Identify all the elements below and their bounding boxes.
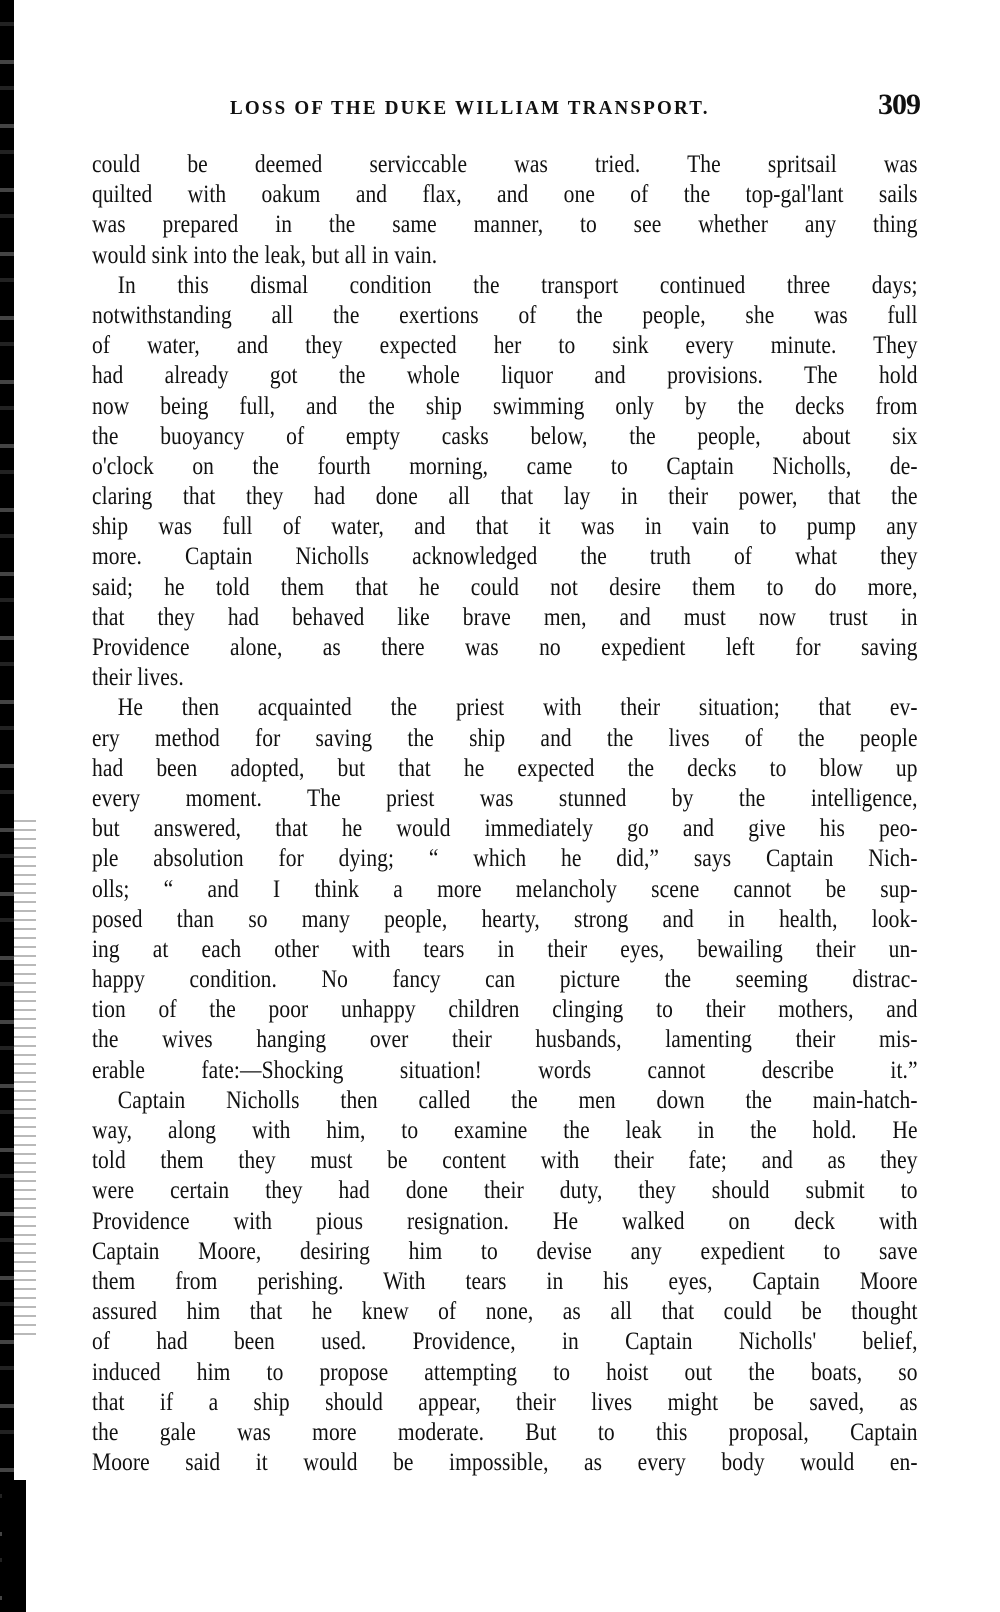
paragraph: could be deemed serviccable was tried. T…	[92, 150, 918, 271]
text-line: of had been used. Providence, in Captain…	[92, 1327, 918, 1357]
paragraph: He then acquainted the priest with their…	[92, 693, 918, 1085]
text-line: but answered, that he would immediately …	[92, 814, 918, 844]
text-line: Captain Nicholls then called the men dow…	[92, 1086, 918, 1116]
text-line: the buoyancy of empty casks below, the p…	[92, 422, 918, 452]
text-line: He then acquainted the priest with their…	[92, 693, 918, 723]
text-line: would sink into the leak, but all in vai…	[92, 241, 918, 271]
text-line: could be deemed serviccable was tried. T…	[92, 150, 918, 180]
text-line: that they had behaved like brave men, an…	[92, 603, 918, 633]
text-line: o'clock on the fourth morning, came to C…	[92, 452, 918, 482]
text-line: ery method for saving the ship and the l…	[92, 724, 918, 754]
text-line: ship was full of water, and that it was …	[92, 512, 918, 542]
text-line: their lives.	[92, 663, 918, 693]
text-line: olls; “ and I think a more melancholy sc…	[92, 875, 918, 905]
text-line: tion of the poor unhappy children clingi…	[92, 995, 918, 1025]
scan-noise	[2, 1480, 26, 1612]
text-line: assured him that he knew of none, as all…	[92, 1297, 918, 1327]
text-line: was prepared in the same manner, to see …	[92, 210, 918, 240]
text-line: Providence with pious resignation. He wa…	[92, 1207, 918, 1237]
paragraph: Captain Nicholls then called the men dow…	[92, 1086, 918, 1478]
running-title: LOSS OF THE DUKE WILLIAM TRANSPORT.	[230, 97, 710, 120]
text-line: were certain they had done their duty, t…	[92, 1176, 918, 1206]
text-line: of water, and they expected her to sink …	[92, 331, 918, 361]
text-line: way, along with him, to examine the leak…	[92, 1116, 918, 1146]
text-line: ing at each other with tears in their ey…	[92, 935, 918, 965]
text-line: erable fate:—Shocking situation! words c…	[92, 1056, 918, 1086]
text-line: posed than so many people, hearty, stron…	[92, 905, 918, 935]
scan-noise	[14, 820, 36, 1340]
text-line: the wives hanging over their husbands, l…	[92, 1025, 918, 1055]
text-line: had already got the whole liquor and pro…	[92, 361, 918, 391]
text-line: notwithstanding all the exertions of the…	[92, 301, 918, 331]
text-line: every moment. The priest was stunned by …	[92, 784, 918, 814]
text-line: quilted with oakum and flax, and one of …	[92, 180, 918, 210]
text-line: In this dismal condition the transport c…	[92, 271, 918, 301]
text-line: that if a ship should appear, their live…	[92, 1388, 918, 1418]
text-line: more. Captain Nicholls acknowledged the …	[92, 542, 918, 572]
text-line: induced him to propose attempting to hoi…	[92, 1358, 918, 1388]
text-line: now being full, and the ship swimming on…	[92, 392, 918, 422]
text-line: the gale was more moderate. But to this …	[92, 1418, 918, 1448]
page-number: 309	[878, 88, 920, 122]
paragraph: In this dismal condition the transport c…	[92, 271, 918, 694]
text-line: ple absolution for dying; “ which he did…	[92, 844, 918, 874]
text-line: Providence alone, as there was no expedi…	[92, 633, 918, 663]
text-line: Captain Moore, desiring him to devise an…	[92, 1237, 918, 1267]
text-line: happy condition. No fancy can picture th…	[92, 965, 918, 995]
body-text: could be deemed serviccable was tried. T…	[92, 150, 918, 1478]
text-line: them from perishing. With tears in his e…	[92, 1267, 918, 1297]
text-line: Moore said it would be impossible, as ev…	[92, 1448, 918, 1478]
running-head: LOSS OF THE DUKE WILLIAM TRANSPORT. 309	[230, 88, 920, 122]
text-line: had been adopted, but that he expected t…	[92, 754, 918, 784]
book-binding-gutter	[0, 0, 14, 1612]
text-line: told them they must be content with thei…	[92, 1146, 918, 1176]
text-line: claring that they had done all that lay …	[92, 482, 918, 512]
text-line: said; he told them that he could not des…	[92, 573, 918, 603]
